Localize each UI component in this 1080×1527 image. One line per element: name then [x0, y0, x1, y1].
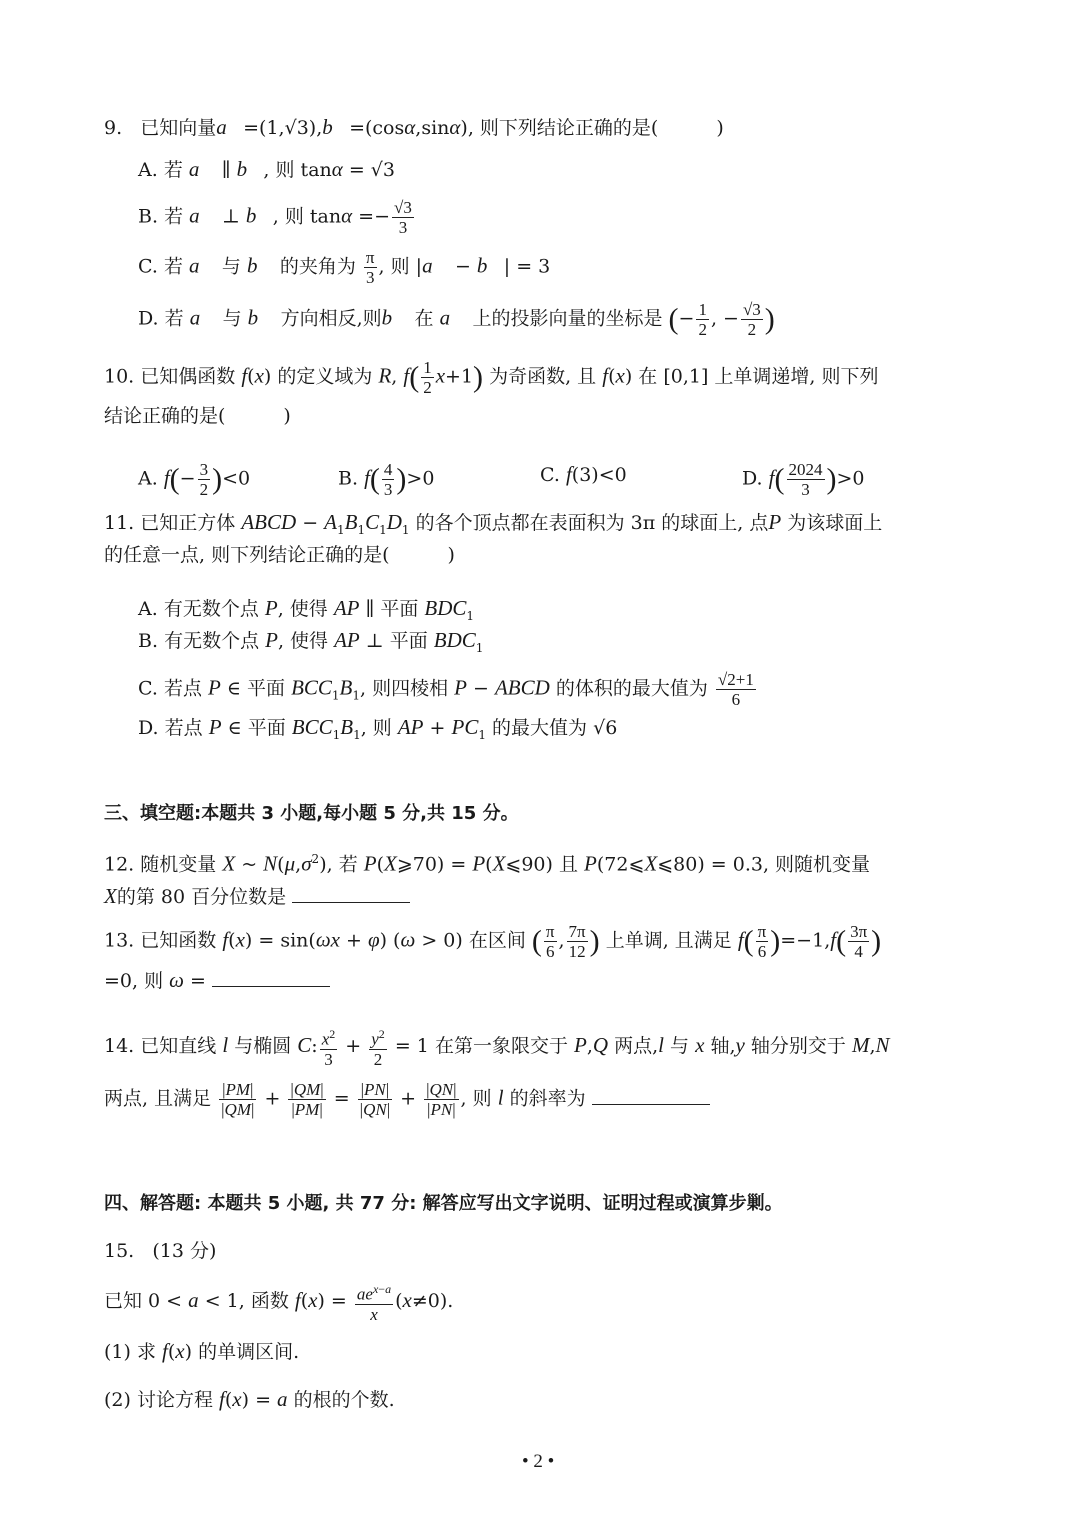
answer-blank-12[interactable]: [292, 882, 410, 903]
question-12-line1: 12. 随机变量 X ~ N(μ,σ2), 若 P(X⩾70) = P(X⩽90…: [104, 845, 870, 878]
question-11-option-c: C. 若点 P ∈ 平面 BCC1B1, 则四棱相 P − ABCD 的体积的最…: [138, 670, 758, 709]
question-15-part-1: (1) 求 f(x) 的单调区间.: [104, 1337, 299, 1366]
question-13-line2: =0, 则 ω =: [104, 966, 330, 995]
page-number: • 2 •: [522, 1451, 554, 1473]
question-11-option-b: B. 有无数个点 P, 使得 AP ⊥ 平面 BDC1: [138, 626, 483, 662]
question-points: (13 分): [152, 1240, 216, 1262]
question-15-header: 15. (13 分): [104, 1237, 216, 1265]
answer-blank-13[interactable]: [212, 966, 330, 987]
question-11-stem: 11. 已知正方体 ABCD − A1B1C1D1 的各个顶点都在表面积为 3π…: [104, 508, 882, 544]
answer-blank-14[interactable]: [592, 1084, 710, 1105]
question-10-option-a: A. f(−32)<0: [138, 460, 250, 499]
question-9-option-d: D. 若 a⃗ 与 b⃗ 方向相反,则b⃗ 在 a⃗ 上的投影向量的坐标是 (−…: [138, 300, 775, 339]
question-14-line1: 14. 已知直线 l 与椭圆 C:x23 + y22 = 1 在第一象限交于 P…: [104, 1025, 890, 1069]
question-11-stem-line2: 的任意一点, 则下列结论正确的是(): [104, 541, 455, 569]
question-10-stem-line2: 结论正确的是(): [104, 402, 291, 430]
question-11-option-d: D. 若点 P ∈ 平面 BCC1B1, 则 AP + PC1 的最大值为 √6: [138, 713, 617, 749]
question-10-option-b: B. f(43)>0: [338, 460, 434, 499]
question-12-line2: X的第 80 百分位数是: [104, 882, 410, 911]
question-15-part-2: (2) 讨论方程 f(x) = a 的根的个数.: [104, 1385, 395, 1414]
question-number: 9.: [104, 117, 122, 139]
question-10-option-c: C. f(3)<0: [540, 460, 627, 489]
exam-page: 9. 已知向量a⃗=(1,√3),b⃗=(cosα,sinα), 则下列结论正确…: [0, 0, 1080, 1527]
question-9-stem: 9. 已知向量a⃗=(1,√3),b⃗=(cosα,sinα), 则下列结论正确…: [104, 113, 724, 142]
question-9-option-b: B. 若 a⃗ ⊥ b⃗, 则 tanα =−√33: [138, 198, 416, 237]
section-3-heading: 三、填空题:本题共 3 小题,每小题 5 分,共 15 分。: [104, 800, 519, 828]
question-14-line2: 两点, 且满足 |PM||QM| + |QM||PM| = |PN||QN| +…: [104, 1080, 710, 1119]
section-4-heading: 四、解答题: 本题共 5 小题, 共 77 分: 解答应写出文字说明、证明过程或…: [104, 1190, 783, 1218]
question-13-line1: 13. 已知函数 f(x) = sin(ωx + φ) (ω > 0) 在区间 …: [104, 922, 881, 961]
question-10-option-d: D. f(20243)>0: [742, 460, 865, 499]
question-9-option-a: A. 若 a⃗ ∥ b⃗, 则 tanα = √3: [138, 155, 395, 184]
question-15-given: 已知 0 < a < 1, 函数 f(x) = aex−ax(x≠0).: [104, 1280, 453, 1324]
question-9-option-c: C. 若 a⃗ 与 b⃗ 的夹角为 π3, 则 |a⃗ − b⃗| = 3: [138, 248, 550, 287]
question-11-option-a: A. 有无数个点 P, 使得 AP ∥ 平面 BDC1: [138, 594, 474, 630]
question-10-stem: 10. 已知偶函数 f(x) 的定义域为 R, f(12x+1) 为奇函数, 且…: [104, 358, 879, 397]
